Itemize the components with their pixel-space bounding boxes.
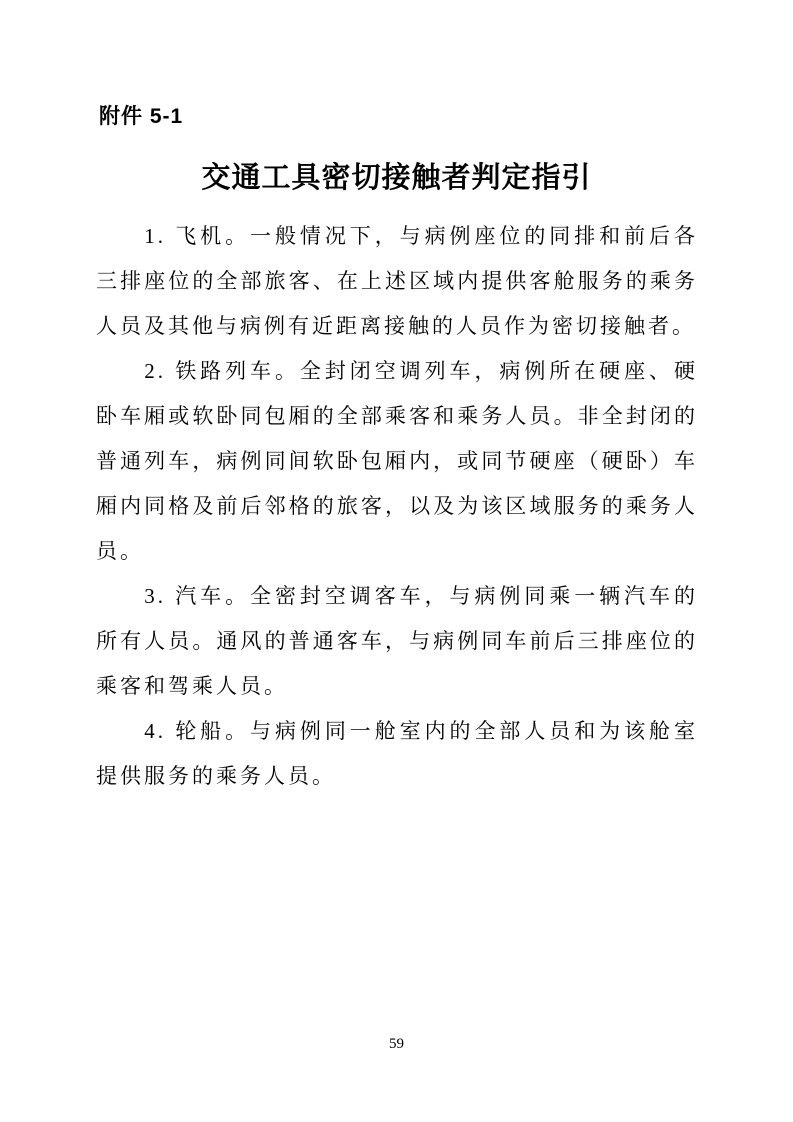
paragraph-ship: 4. 轮船。与病例同一舱室内的全部人员和为该舱室提供服务的乘务人员。 [96, 709, 698, 799]
paragraph-airplane: 1. 飞机。一般情况下，与病例座位的同排和前后各三排座位的全部旅客、在上述区域内… [96, 214, 698, 349]
document-body: 1. 飞机。一般情况下，与病例座位的同排和前后各三排座位的全部旅客、在上述区域内… [96, 214, 698, 799]
paragraph-automobile: 3. 汽车。全密封空调客车，与病例同乘一辆汽车的所有人员。通风的普通客车，与病例… [96, 574, 698, 709]
paragraph-train: 2. 铁路列车。全封闭空调列车，病例所在硬座、硬卧车厢或软卧同包厢的全部乘客和乘… [96, 349, 698, 574]
page-number: 59 [0, 1036, 793, 1053]
document-page: 附件 5-1 交通工具密切接触者判定指引 1. 飞机。一般情况下，与病例座位的同… [0, 0, 793, 1122]
page-title: 交通工具密切接触者判定指引 [0, 155, 793, 196]
attachment-label: 附件 5-1 [99, 100, 183, 130]
